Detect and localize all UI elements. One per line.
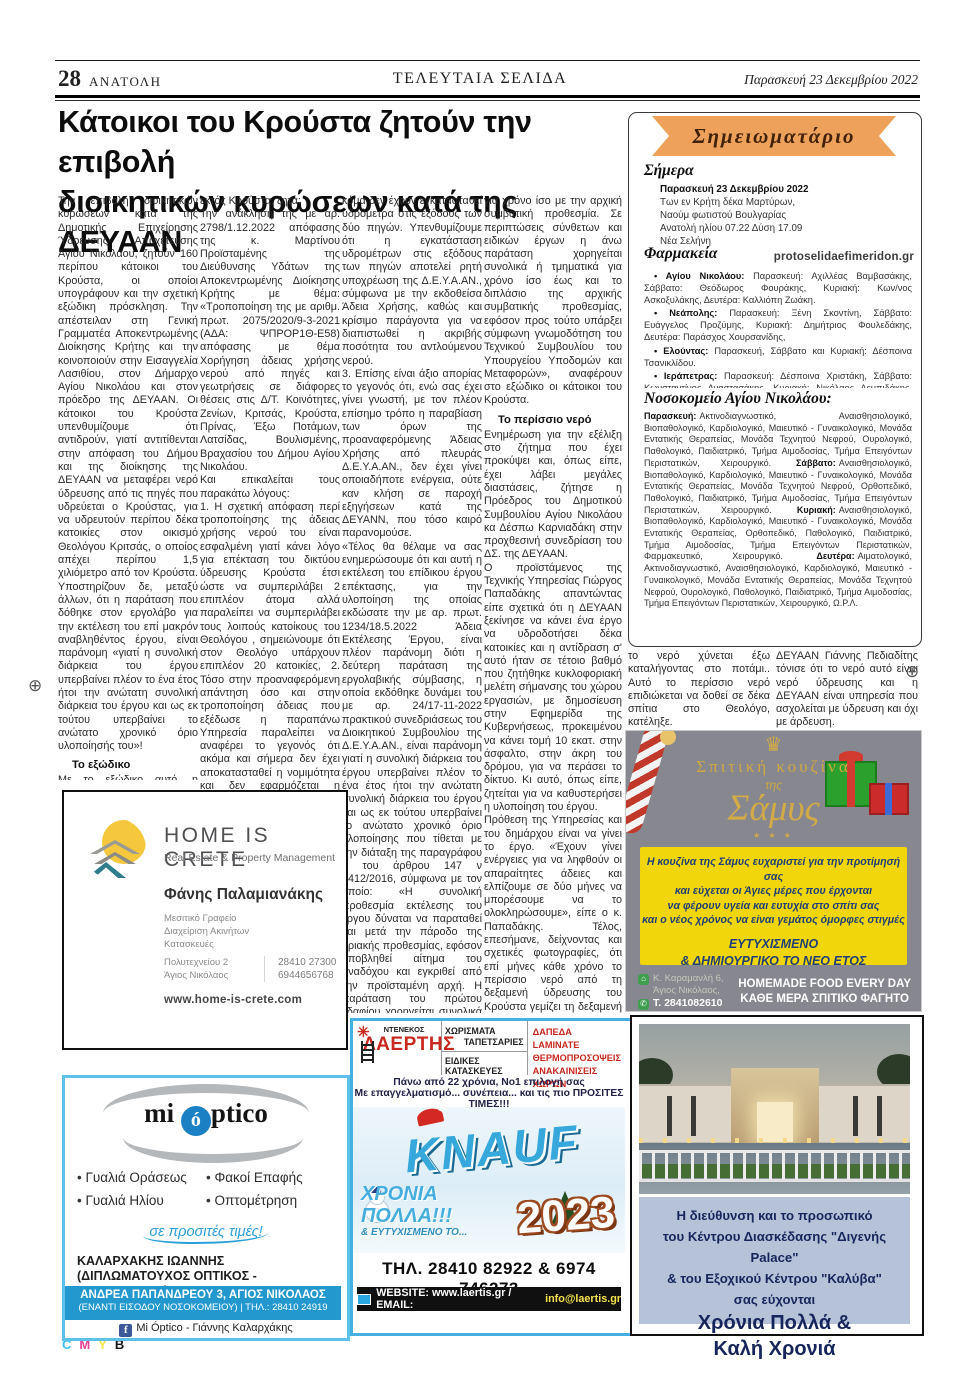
notebook-title: Σημειωματάριο: [693, 124, 856, 149]
facebook-icon: f: [119, 1324, 132, 1337]
article-subhead-exodiko: Το εξώδικο: [72, 759, 198, 771]
today-sun: Ανατολή ηλίου 07.22 Δύση 17.09: [660, 222, 910, 235]
section-title: ΤΕΛΕΥΤΑΙΑ ΣΕΛΙΔΑ: [300, 70, 660, 88]
crown-icon: ♛: [626, 735, 921, 755]
wishes: ΧΡΟΝΙΑ ΠΟΛΛΑ!!! & ΕΥΤΥΧΙΣΜΕΝΟ ΤΟ...: [361, 1183, 467, 1239]
today-saints: Των εν Κρήτη δέκα Μαρτύρων,: [660, 196, 910, 209]
page-number: 28: [58, 66, 81, 91]
taglines: HOMEMADE FOOD EVERY DAY ΚΑΘΕ ΜΕΡΑ ΣΠΙΤΙΚ…: [738, 977, 911, 1007]
facebook-line: fMi Óptico - Γιάννης Καλαρχάκης: [65, 1322, 347, 1337]
year-2023: 2023: [515, 1188, 616, 1245]
article-subhead-perissio-nero: Το περίσσιο νερό: [498, 414, 622, 426]
ad-laertis: ✳ ΝΤΕΝΕΚΟΣ ΛΑΕΡΤΗΣ ΧΩΡΙΣΜΑΤΑ ΤΑΠΕΤΣΑΡΙΕΣ…: [350, 1018, 634, 1336]
today-date: Παρασκευή 23 Δεκεμβρίου 2022: [660, 183, 910, 196]
article-column-5: το νερό χύνεται έξω καταλήγοντας στο ποτ…: [628, 650, 770, 740]
agent-name: Φάνης Παλαμιανάκης: [164, 886, 323, 904]
fence: [639, 1150, 910, 1182]
address-phone: (ΕΝΑΝΤΙ ΕΙΣΟΔΟΥ ΝΟΣΟΚΟΜΕΙΟΥ) | ΤΗΛ.: 284…: [65, 1302, 341, 1313]
masthead: ΑΝΑΤΟΛΗ: [89, 74, 162, 89]
article-paragraph: Ενημέρωση για την εξέλιξη στο ζήτημα που…: [484, 429, 622, 1013]
address: ΑΝΔΡΕΑ ΠΑΠΑΝΔΡΕΟΥ 3, ΑΓΙΟΣ ΝΙΚΟΛΑΟΣ: [65, 1289, 341, 1301]
newspaper-page: 28 ΑΝΑΤΟΛΗ ΤΕΛΕΥΤΑΙΑ ΣΕΛΙΔΑ Παρασκευή 23…: [0, 0, 960, 1374]
website-url: WEBSITE: www.laertis.gr / EMAIL:: [376, 1287, 541, 1311]
house-icon: ⌂: [638, 974, 649, 985]
header-rule-thick: [55, 95, 920, 98]
pharmacy-entry: Νεάπολης: Παρασκευή: Ξένη Σκοντίνη, Σάββ…: [644, 307, 912, 343]
knauf-logo: KNAUF: [365, 1110, 619, 1187]
laertis-brand-block: ✳ ΝΤΕΝΕΚΟΣ ΛΑΕΡΤΗΣ: [353, 1021, 441, 1075]
services-right: ΔΑΠΕΔΑ LAMINATE ΘΕΡΜΟΠΡΟΣΟΨΕΙΣ ΑΝΑΚΑΙΝΙΣ…: [528, 1021, 625, 1075]
taglines: Πάνω από 22 χρόνια, Νο1 επιλογή σας Με ε…: [353, 1077, 625, 1110]
issue-date: Παρασκευή 23 Δεκεμβρίου 2022: [660, 72, 918, 88]
today-heading: Σήμερα: [644, 162, 694, 180]
address-block: ⌂Κ. Καραμανλή 6, Άγιος Νικόλαος, ✆Τ. 284…: [638, 973, 724, 1010]
today-saints: Ναούμ φωτιστού Βουλγαρίας: [660, 209, 910, 222]
article-paragraph: Την επιβολή διοικητικών κυρώσεων κατά τη…: [58, 195, 198, 753]
ladder-icon: ✳: [357, 1027, 375, 1063]
ad-home-is-crete: HOME IS CRETE Real Estate & Property Man…: [62, 790, 348, 1050]
notebook-banner: Σημειωματάριο: [652, 116, 896, 156]
phone-icon: ✆: [638, 999, 649, 1010]
email-address: info@laertis.gr: [545, 1293, 621, 1305]
stars: ★ ★ ★: [626, 831, 921, 840]
santa-hat-icon: [416, 1107, 445, 1127]
article-column-2: εκτός Κρούστα, ζητά: Την ανάκληση της με…: [200, 195, 340, 817]
article-column-1: Την επιβολή διοικητικών κυρώσεων κατά τη…: [58, 195, 198, 780]
hospital-schedule: Παρασκευή:Ακτινοδιαγνωστικό, Αναισθησιολ…: [644, 411, 912, 637]
article-column-3: κόμα δεν έχουν εγκατασταθεί υδρόμετρα στ…: [342, 195, 482, 1013]
article-paragraph: κόμα δεν έχουν εγκατασταθεί υδρόμετρα στ…: [342, 195, 482, 1013]
pharmacies-list: Αγίου Νικολάου: Παρασκευή: Αχιλλέας Βαμβ…: [644, 270, 912, 388]
palm-tree: [877, 1054, 910, 1090]
slogan: σε προσιτές τιμές!: [65, 1224, 347, 1240]
pharmacy-entry: Ιεράπετρας: Παρασκευή: Δέσποινα Χριστάκη…: [644, 370, 912, 388]
monitor-icon: [357, 1294, 371, 1305]
article-column-4: για χρόνο ίσο με την αρχική συμβατική πρ…: [484, 195, 622, 1013]
optico-o-icon: ó: [181, 1106, 211, 1136]
website-bar: WEBSITE: www.laertis.gr / EMAIL: info@la…: [357, 1287, 621, 1311]
services-list: Γυαλιά Οράσεως Φακοί Επαφής Γυαλιά Ηλίου…: [77, 1170, 335, 1208]
ad-title: Σπιτική κουζίνα: [626, 757, 921, 777]
website-url: www.home-is-crete.com: [164, 994, 302, 1006]
watermark-url: protoselidaefimeridon.gr: [700, 251, 914, 263]
ad-mi-optico: mi óptico Γυαλιά Οράσεως Φακοί Επαφής Γυ…: [62, 1075, 350, 1341]
registration-mark-icon: ⊕: [905, 662, 919, 682]
hospital-heading: Νοσοκομείο Αγίου Νικολάου:: [644, 390, 832, 408]
pharmacy-entry: Αγίου Νικολάου: Παρασκευή: Αχιλλέας Βαμβ…: [644, 270, 912, 306]
laertis-header: ✳ ΝΤΕΝΕΚΟΣ ΛΑΕΡΤΗΣ ΧΩΡΙΣΜΑΤΑ ΤΑΠΕΤΣΑΡΙΕΣ…: [353, 1021, 625, 1075]
header-top-rule: [55, 60, 920, 61]
article-paragraph: εκτός Κρούστα, ζητά: Την ανάκληση της με…: [200, 195, 340, 817]
pharmacy-entry: Ελούντας: Παρασκευή, Σάββατο και Κυριακή…: [644, 345, 912, 369]
greeting-text: Η διεύθυνση και το προσωπικό του Κέντρου…: [639, 1197, 910, 1324]
masthead-block: 28 ΑΝΑΤΟΛΗ: [58, 66, 162, 92]
brand-name: Σάμυς: [626, 787, 921, 830]
brand-tagline: Real Estate & Property Management: [164, 852, 335, 864]
ad-digenis-palace: Η διεύθυνση και το προσωπικό του Κέντρου…: [630, 1015, 924, 1336]
home-is-crete-logo-icon: [84, 818, 146, 880]
brand-name: HOME IS CRETE: [164, 824, 346, 872]
today-lines: Παρασκευή 23 Δεκεμβρίου 2022 Των εν Κρήτ…: [660, 183, 910, 248]
registration-mark-icon: ⊕: [28, 676, 42, 696]
article-paragraph: το νερό χύνεται έξω καταλήγοντας στο ποτ…: [628, 650, 770, 740]
address: Πολυτεχνείου 2 Άγιος Νικόλαος: [164, 956, 265, 982]
services-list: Μεσιτικό Γραφείο Διαχείριση Ακινήτων Κατ…: [164, 912, 249, 951]
article-paragraph: ΔΕΥΑΑΝ Γιάννης Πεδιαδίτης τόνισε ότι το …: [776, 650, 918, 730]
article-paragraph: Με το εξώδικο αυτό, η συντονιστική επιτρ…: [58, 774, 198, 780]
venue-photo: [639, 1024, 910, 1194]
header-rule-thin: [55, 100, 920, 101]
brand-name: mi óptico: [65, 1098, 347, 1136]
ad-samys: ♛ Σπιτική κουζίνα της Σάμυς ★ ★ ★ Η κουζ…: [625, 730, 922, 1012]
address-bar: ΑΝΔΡΕΑ ΠΑΠΑΝΔΡΕΟΥ 3, ΑΓΙΟΣ ΝΙΚΟΛΑΟΣ (ΕΝΑ…: [65, 1286, 341, 1320]
article-paragraph: για χρόνο ίσο με την αρχική συμβατική πρ…: [484, 195, 622, 408]
greeting-panel: Η κουζίνα της Σάμυς ευχαριστεί για την π…: [640, 847, 907, 965]
phone-numbers: 28410 27300 6944656768: [278, 956, 336, 982]
knauf-winter-scene: KNAUF ΧΡΟΝΙΑ ΠΟΛΛΑ!!! & ΕΥΤΥΧΙΣΜΕΝΟ ΤΟ..…: [353, 1107, 625, 1253]
